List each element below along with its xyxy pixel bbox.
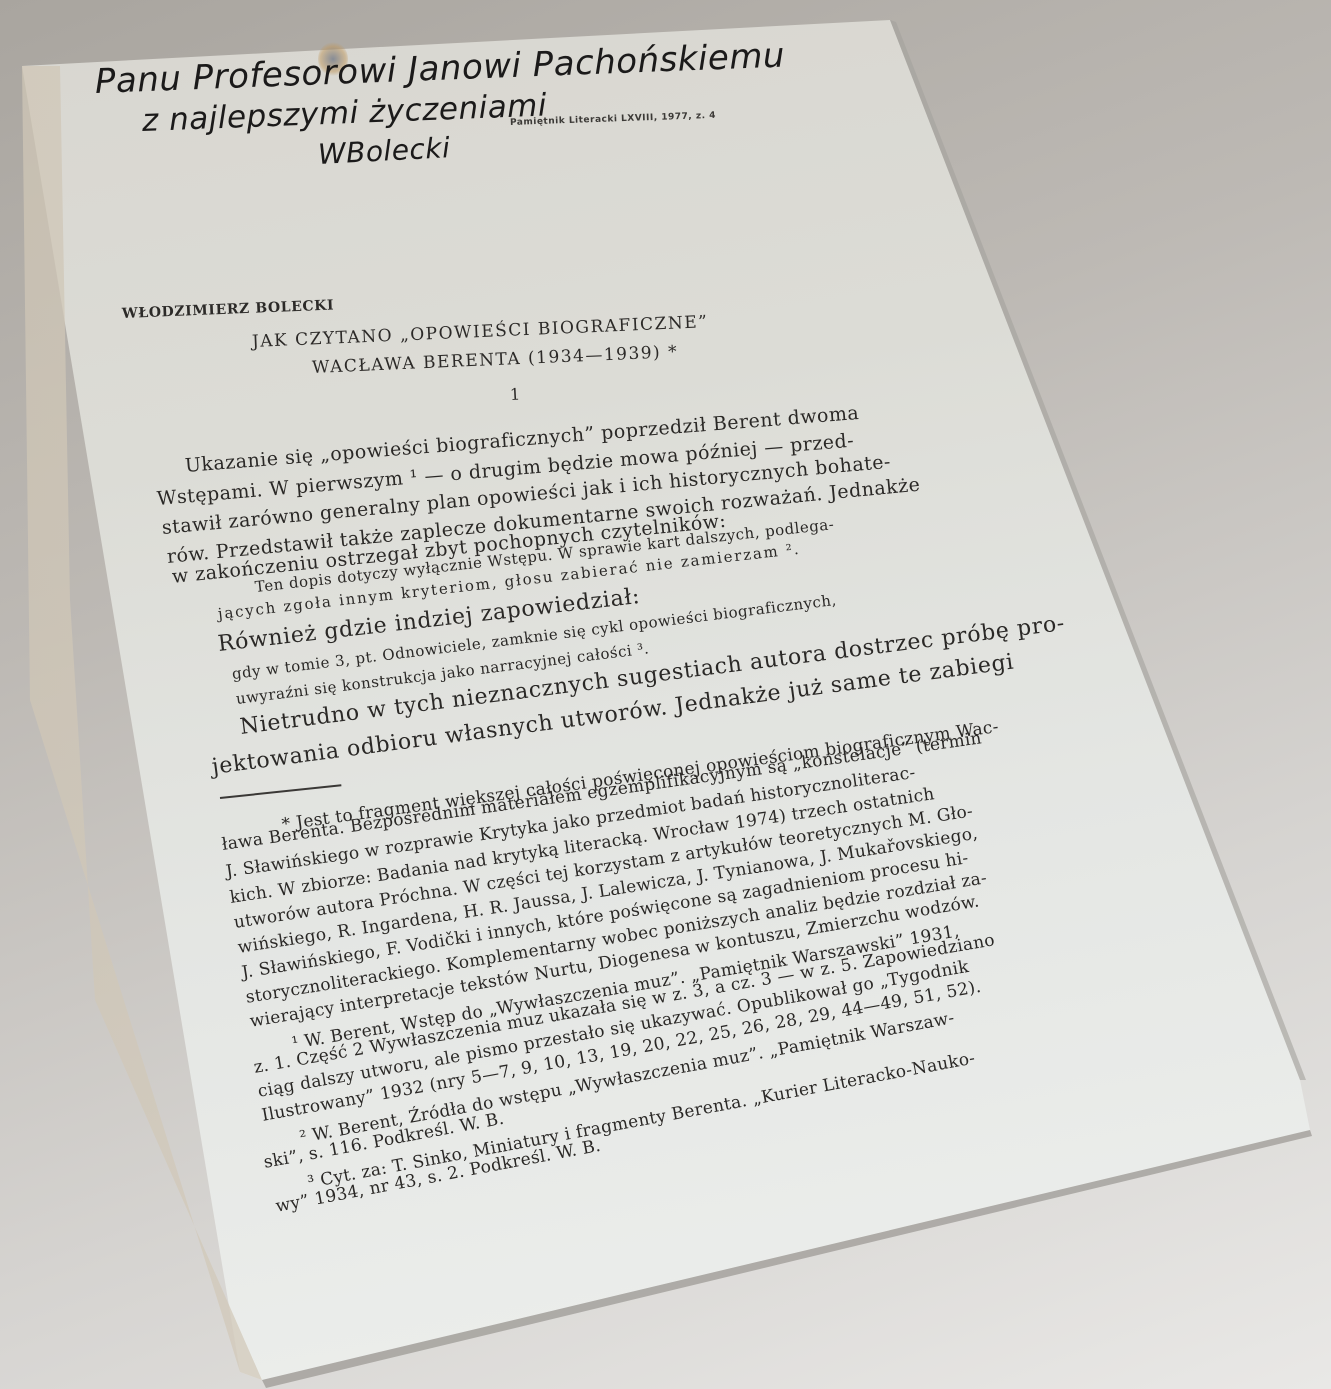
- document-content: Panu Profesorowi Janowi Pachońskiemu z n…: [0, 0, 1331, 1389]
- article-title-line-2: WACŁAWA BERENTA (1934—1939) *: [312, 342, 679, 378]
- author-name: WŁODZIMIERZ BOLECKI: [122, 297, 335, 322]
- photo-stage: Panu Profesorowi Janowi Pachońskiemu z n…: [0, 0, 1331, 1389]
- handwritten-signature: WBolecki: [317, 131, 451, 171]
- footnote-separator: [220, 784, 342, 799]
- section-number: 1: [510, 384, 521, 404]
